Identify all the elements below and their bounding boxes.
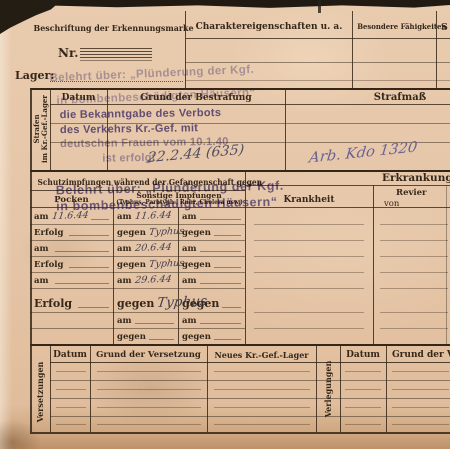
grid-line bbox=[316, 346, 317, 432]
fill-rule bbox=[214, 389, 310, 390]
nr-rule-line bbox=[80, 54, 152, 55]
vaccination-row: am bbox=[178, 240, 245, 256]
fill-rule bbox=[345, 407, 381, 408]
strafen-datum-header: Datum bbox=[50, 93, 107, 103]
strafen-side-label: Strafen im Kr.-Gef.-Lager bbox=[33, 95, 49, 163]
versetzungen-grund-header: Grund der Versetzung bbox=[90, 350, 207, 360]
row-label: am bbox=[117, 316, 132, 326]
fill-rule bbox=[380, 256, 448, 257]
fill-line bbox=[200, 219, 241, 220]
grid-line bbox=[50, 362, 450, 363]
vaccination-row: am11.6.44 bbox=[30, 207, 113, 224]
fill-rule bbox=[97, 407, 201, 408]
fill-rule bbox=[380, 288, 448, 289]
vaccination-row: am bbox=[30, 240, 113, 256]
grid-line bbox=[386, 346, 387, 432]
vaccination-row: gegen bbox=[113, 328, 178, 344]
handwritten-strafmass: Arb. Kdo 1320 bbox=[308, 139, 418, 166]
fill-line bbox=[214, 235, 241, 236]
fill-rule bbox=[392, 371, 449, 372]
row-label: Erfolg bbox=[34, 228, 63, 238]
verlegungen-datum-header: Datum bbox=[340, 350, 386, 360]
row-label: am bbox=[182, 212, 197, 222]
fill-line bbox=[55, 283, 109, 284]
vaccination-row bbox=[30, 312, 113, 328]
grid-line bbox=[50, 380, 450, 381]
verlegungen-side-label: Verlegungen bbox=[323, 361, 333, 418]
fill-rule bbox=[56, 407, 86, 408]
vaccination-row: am29.6.44 bbox=[113, 272, 178, 288]
row-label: am bbox=[117, 276, 132, 286]
fill-rule bbox=[56, 389, 86, 390]
fill-rule bbox=[254, 288, 364, 289]
row-label: gegen bbox=[117, 228, 146, 238]
fill-rule bbox=[380, 272, 448, 273]
fill-rule bbox=[392, 424, 449, 425]
vaccination-row: gegenTyphus bbox=[113, 224, 178, 240]
vaccination-row: Erfolg bbox=[30, 288, 113, 312]
fill-rule bbox=[392, 389, 449, 390]
row-label: am bbox=[117, 244, 132, 254]
versetzungen-datum-header: Datum bbox=[50, 350, 90, 360]
row-label: Erfolg bbox=[34, 298, 72, 310]
vaccination-row: gegen bbox=[178, 224, 245, 240]
fill-rule bbox=[254, 328, 364, 329]
pocken-column: am11.6.44 Erfolg am Erfolg am Erfolg bbox=[30, 207, 113, 344]
row-label: gegen bbox=[182, 298, 219, 310]
charakter-header: Charaktereigenschaften u. a. bbox=[188, 22, 350, 32]
row-label: am bbox=[34, 244, 49, 254]
handwritten-entry: 29.6.44 bbox=[134, 275, 172, 286]
fill-rule bbox=[97, 371, 201, 372]
fill-rule bbox=[345, 389, 381, 390]
fill-rule bbox=[97, 389, 201, 390]
fill-rule bbox=[392, 407, 449, 408]
fill-line bbox=[69, 235, 109, 236]
vaccination-row: gegen bbox=[178, 328, 245, 344]
nr-rule-line bbox=[80, 60, 152, 61]
row-label: am bbox=[117, 212, 132, 222]
row-label: am bbox=[182, 244, 197, 254]
row-label: am bbox=[182, 316, 197, 326]
fill-rule bbox=[97, 424, 201, 425]
vaccination-row: am bbox=[30, 272, 113, 288]
vaccination-row: gegen bbox=[178, 288, 245, 312]
vaccination-row: gegenTyphus bbox=[113, 256, 178, 272]
fill-rule bbox=[254, 240, 364, 241]
grid-line bbox=[50, 416, 450, 417]
nr-label: Nr. bbox=[58, 46, 78, 60]
fill-rule bbox=[56, 371, 86, 372]
row-label: gegen bbox=[117, 260, 146, 270]
nr-rule-line bbox=[80, 48, 152, 49]
strafen-grund-header: Grund der Bestrafung bbox=[107, 93, 285, 103]
fill-rule bbox=[254, 312, 364, 313]
vaccination-row: am bbox=[178, 272, 245, 288]
row-label: gegen bbox=[182, 228, 211, 238]
fill-rule bbox=[345, 424, 381, 425]
vaccination-row: am bbox=[178, 312, 245, 328]
stamp-line: die Bekanntgabe des Verbots bbox=[60, 106, 229, 123]
grid-line bbox=[285, 88, 286, 170]
fill-rule bbox=[380, 312, 448, 313]
handwritten-entry: 20.6.44 bbox=[134, 243, 172, 254]
fill-line bbox=[55, 251, 109, 252]
grid-line bbox=[50, 104, 450, 105]
fill-rule bbox=[345, 371, 381, 372]
revier-header: Revier bbox=[396, 188, 427, 198]
fill-line bbox=[200, 283, 241, 284]
fill-rule bbox=[380, 240, 448, 241]
fill-rule bbox=[254, 224, 364, 225]
grid-line bbox=[186, 38, 450, 39]
grid-line bbox=[50, 398, 450, 399]
table-bottom-border bbox=[30, 432, 450, 434]
vaccination-row bbox=[30, 328, 113, 344]
neues-lager-header: Neues Kr.-Gef.-Lager bbox=[207, 350, 316, 360]
fill-rule bbox=[56, 424, 86, 425]
sonstige-column-2: am gegen am gegen am gegen am gegen bbox=[178, 207, 245, 344]
row-label: am bbox=[34, 212, 49, 222]
handwritten-entry: 11.6.44 bbox=[51, 211, 89, 222]
vaccination-row: Erfolg bbox=[30, 224, 113, 240]
column-divider bbox=[352, 11, 353, 88]
row-label: gegen bbox=[182, 332, 211, 342]
fill-rule bbox=[214, 407, 310, 408]
fill-line bbox=[135, 323, 174, 324]
fill-line bbox=[214, 267, 241, 268]
pow-record-card: Beschriftung der Erkennungsmarke Nr. Lag… bbox=[0, 0, 450, 449]
fill-rule bbox=[254, 272, 364, 273]
fill-rule bbox=[254, 256, 364, 257]
fill-line bbox=[214, 339, 241, 340]
grid-line bbox=[446, 186, 447, 344]
fill-line bbox=[69, 267, 109, 268]
sonstige-column: am11.6.44 gegenTyphus am20.6.44 gegenTyp… bbox=[113, 207, 178, 344]
scan-top-edge bbox=[0, 0, 450, 9]
handwritten-entry: 11.6.44 bbox=[134, 211, 172, 222]
versetzungen-side-label: Versetzungen bbox=[35, 362, 45, 423]
nr-rule-line bbox=[80, 51, 152, 52]
section-border bbox=[30, 88, 450, 90]
vaccination-row: am bbox=[178, 207, 245, 224]
row-label: Erfolg bbox=[34, 260, 63, 270]
fill-line bbox=[200, 323, 241, 324]
fill-rule bbox=[380, 224, 448, 225]
grid-line bbox=[245, 170, 246, 344]
grid-line bbox=[373, 185, 374, 344]
faehigkeiten-header: Besondere Fähigkeiten bbox=[357, 22, 431, 31]
strafen-side-label-line2: im Kr.-Gef.-Lager bbox=[41, 95, 49, 163]
erkennungsmarke-title: Beschriftung der Erkennungsmarke bbox=[34, 24, 181, 34]
row-label: gegen bbox=[182, 260, 211, 270]
row-label: am bbox=[34, 276, 49, 286]
scan-top-mark bbox=[318, 0, 321, 13]
vaccination-row: am11.6.44 bbox=[113, 207, 178, 224]
partial-column-header: S bbox=[441, 22, 448, 33]
row-label: am bbox=[182, 276, 197, 286]
fill-line bbox=[149, 339, 174, 340]
section-border bbox=[30, 344, 450, 346]
fill-rule bbox=[380, 328, 448, 329]
row-label: gegen bbox=[117, 298, 154, 310]
vaccination-row: gegenTyphus bbox=[113, 288, 178, 312]
nr-rule-line bbox=[80, 57, 152, 58]
erkrankung-header: Erkrankung bbox=[382, 172, 450, 184]
fill-rule bbox=[214, 424, 310, 425]
vaccination-row: am bbox=[113, 312, 178, 328]
vaccination-row: Erfolg bbox=[30, 256, 113, 272]
fill-line bbox=[78, 307, 109, 308]
fill-line bbox=[91, 219, 109, 220]
fill-line bbox=[222, 307, 241, 308]
vaccination-row: gegen bbox=[178, 256, 245, 272]
vaccination-row: am20.6.44 bbox=[113, 240, 178, 256]
verlegungen-grund-header: Grund der Ve bbox=[392, 350, 450, 360]
strafmass-header: Strafmaß bbox=[340, 92, 450, 103]
row-label: gegen bbox=[117, 332, 146, 342]
fill-line bbox=[200, 251, 241, 252]
fill-rule bbox=[214, 371, 310, 372]
